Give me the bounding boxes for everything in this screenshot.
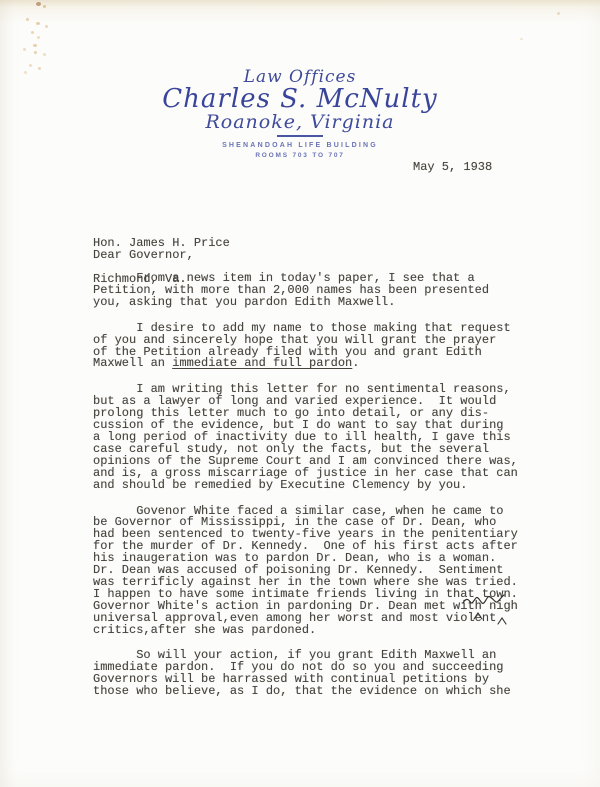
paragraph-3: I am writing this letter for no sentimen… xyxy=(93,384,563,491)
letterhead-rooms-line: ROOMS 703 TO 707 xyxy=(0,152,600,160)
letter-line: you, asking that you pardon Edith Maxwel… xyxy=(93,297,563,309)
paper-stain-speck xyxy=(36,2,41,6)
handwritten-caret-icon xyxy=(497,612,507,630)
salutation: Dear Governor, xyxy=(93,250,194,262)
letter-line: critics,after she was pardoned. xyxy=(93,625,563,637)
paper-stain-speck xyxy=(26,18,29,21)
paper-stain-speck xyxy=(37,36,40,39)
paper-stain-speck xyxy=(23,48,26,51)
letter-line: Maxwell an immediate and full pardon. xyxy=(93,358,563,370)
letter-line: and should be remedied by Executine Clem… xyxy=(93,480,563,492)
paragraph-2: I desire to add my name to those making … xyxy=(93,323,563,371)
paper-stain-speck xyxy=(31,31,34,34)
letterhead-city: Roanoke, Virginia xyxy=(0,112,600,132)
paper-stain-speck xyxy=(520,38,523,40)
letter-body: From a news item in today's paper, I see… xyxy=(93,273,563,712)
paper-stain-speck xyxy=(43,53,46,56)
paper-stain-speck xyxy=(34,51,37,54)
paragraph-4: Govenor White faced a similar case, when… xyxy=(93,506,563,637)
handwritten-caret-icon xyxy=(473,607,483,625)
letterhead-building-line: SHENANDOAH LIFE BUILDING xyxy=(0,142,600,150)
letterhead-rule xyxy=(277,135,323,137)
line-text: . xyxy=(352,356,359,370)
paper-stain-speck xyxy=(43,5,46,8)
paragraph-1: From a news item in today's paper, I see… xyxy=(93,273,563,309)
date-line: May 5, 1938 xyxy=(413,162,492,174)
letterhead: Law Offices Charles S. McNulty Roanoke, … xyxy=(0,68,600,160)
letter-page: Law Offices Charles S. McNulty Roanoke, … xyxy=(0,0,600,787)
letterhead-name: Charles S. McNulty xyxy=(0,86,600,112)
paper-stain-speck xyxy=(557,12,560,15)
line-text: Maxwell an xyxy=(93,356,172,370)
paper-stain-speck xyxy=(29,64,32,67)
paper-stain-speck xyxy=(45,25,48,28)
paper-stain-speck xyxy=(33,44,37,47)
paper-stain-speck xyxy=(36,22,40,25)
letter-line: those who believe, as I do, that the evi… xyxy=(93,686,563,698)
paragraph-5: So will your action, if you grant Edith … xyxy=(93,650,563,698)
handwritten-insertion-squiggle xyxy=(461,593,505,611)
underlined-phrase: immediate and full pardon xyxy=(172,356,352,370)
